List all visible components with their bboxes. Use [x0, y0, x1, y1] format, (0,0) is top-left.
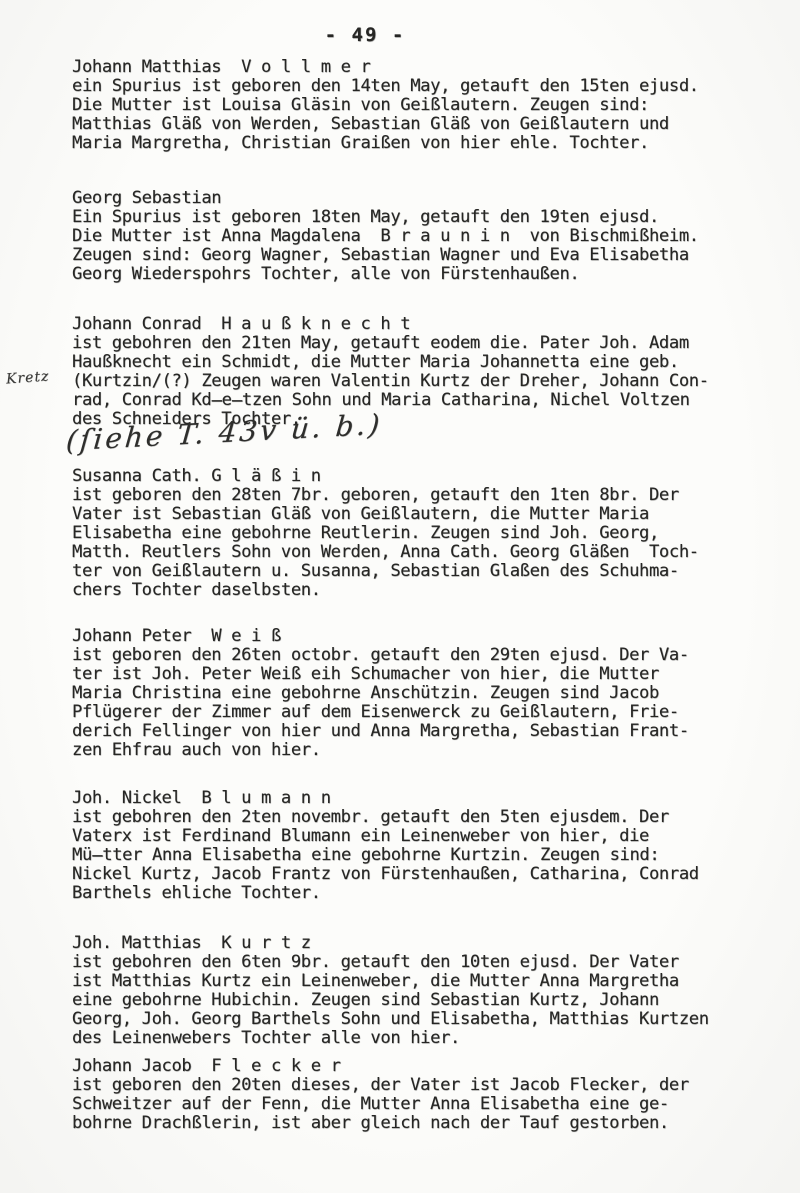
baptism-entry-haussknecht: Johann Conrad H a u ß k n e c h t ist ge…	[72, 315, 784, 429]
entry-body: ist geboren den 26ten octobr. getauft de…	[72, 646, 784, 760]
entry-body: ist gebohren den 21ten May, getauft eode…	[72, 334, 784, 429]
baptism-entry-kurtz: Joh. Matthias K u r t z ist gebohren den…	[72, 934, 784, 1048]
baptism-entry-blumann: Joh. Nickel B l u m a n n ist gebohren d…	[72, 789, 784, 903]
page-number: - 49 -	[0, 24, 730, 46]
entry-body: ist geboren den 28ten 7br. geboren, geta…	[72, 486, 784, 600]
entry-body: ist gebohren den 6ten 9br. getauft den 1…	[72, 953, 784, 1048]
entry-name: Johann Peter W e i ß	[72, 627, 784, 646]
entry-name: Johann Jacob F l e c k e r	[72, 1057, 784, 1076]
entry-name: Johann Conrad H a u ß k n e c h t	[72, 315, 784, 334]
entry-name: Georg Sebastian	[72, 189, 784, 208]
entry-body: Ein Spurius ist geboren 18ten May, getau…	[72, 208, 784, 284]
entry-name: Susanna Cath. G l ä ß i n	[72, 467, 784, 486]
entry-body: ist geboren den 20ten dieses, der Vater …	[72, 1076, 784, 1133]
entry-name: Joh. Nickel B l u m a n n	[72, 789, 784, 808]
baptism-entry-flecker: Johann Jacob F l e c k e r ist geboren d…	[72, 1057, 784, 1133]
entry-body: ist gebohren den 2ten novembr. getauft d…	[72, 808, 784, 903]
baptism-entry-weiss: Johann Peter W e i ß ist geboren den 26t…	[72, 627, 784, 760]
entry-name: Joh. Matthias K u r t z	[72, 934, 784, 953]
baptism-entry-vollmer: Johann Matthias V o l l m e r ein Spuriu…	[72, 58, 784, 153]
handwritten-margin-note: Kretz	[5, 369, 49, 388]
scanned-register-page: - 49 - Johann Matthias V o l l m e r ein…	[0, 0, 800, 1193]
baptism-entry-glaessin: Susanna Cath. G l ä ß i n ist geboren de…	[72, 467, 784, 600]
baptism-entry-georg-sebastian: Georg Sebastian Ein Spurius ist geboren …	[72, 189, 784, 284]
entry-name: Johann Matthias V o l l m e r	[72, 58, 784, 77]
entry-body: ein Spurius ist geboren den 14ten May, g…	[72, 77, 784, 153]
